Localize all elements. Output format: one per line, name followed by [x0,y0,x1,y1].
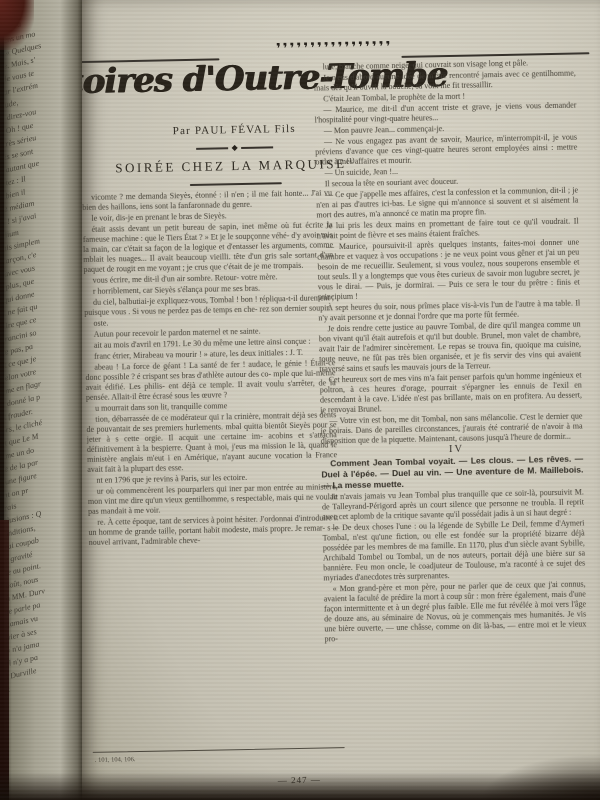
paragraph: Cet heureux sort de mes vins m'a fait pe… [320,370,583,415]
paragraph: — De deux choses l'une : ou la légende d… [322,518,585,583]
right-column-top: lure, blanche comme neige, qui couvrait … [314,58,583,447]
footnote-rule [93,747,345,753]
paragraph: ur où commencèrent les pourparlers qui i… [88,482,339,517]
paragraph: — Votre vin est bon, me dit Tombal, non … [320,411,583,446]
neighbor-page-text: estet non àetiens un moe : « Quelquesell… [4,0,82,683]
book-cover-edge [0,520,9,800]
left-column: vicomte ? me demanda Sieyès, étonné : il… [82,188,343,745]
paragraph: était assis devant un petit bureau de sa… [83,220,334,275]
footnote: . 101, 104, 106. [95,756,136,764]
paragraph: Je n'avais jamais vu Jean Tombal plus tr… [322,487,585,522]
section-title-text: SOIRÉE CHEZ LA MARQUISE [115,156,346,175]
divider-line [197,147,229,149]
page: ❜❜❜❜❜❜❜❜❜❜❜❜❜❜❜❜❜ toires d'Outre-Tombe P… [82,0,600,800]
right-column: lure, blanche comme neige, qui couvrait … [314,58,590,795]
neighbor-page-strip: estet non àetiens un moe : « Quelquesell… [4,0,82,800]
paragraph: — Maurice, poursuivit-il après quelques … [317,238,580,303]
paragraph: re. À cette époque, tant de services à p… [88,513,339,548]
paragraph: « Mon grand-père et mon père, pour ne pa… [324,579,587,644]
divider-line [241,147,273,149]
diamond-icon: ◆ [231,144,237,152]
book-photo: estet non àetiens un moe : « Quelquesell… [0,0,600,800]
chapter-summary: Comment Jean Tombal voyait. — Les clous.… [321,453,584,491]
right-column-bottom: Je n'avais jamais vu Jean Tombal plus tr… [322,487,587,644]
paragraph: tion, débarrassée de ce modérateur qui r… [86,410,337,475]
book-cover-corner [0,0,34,50]
paragraph: — Ce que j'appelle mes affaires, c'est l… [316,186,579,221]
section-title-rule [190,182,282,185]
page-content: ❜❜❜❜❜❜❜❜❜❜❜❜❜❜❜❜❜ toires d'Outre-Tombe P… [82,0,600,800]
paragraph: Je dois rendre cette justice au pauvre T… [319,320,582,375]
paragraph: abeau ! La force de géant ! La santé de … [85,358,336,403]
paragraph: — Ne vous engagez pas avant de savoir, M… [315,133,578,168]
shadow-overlay [0,772,600,800]
